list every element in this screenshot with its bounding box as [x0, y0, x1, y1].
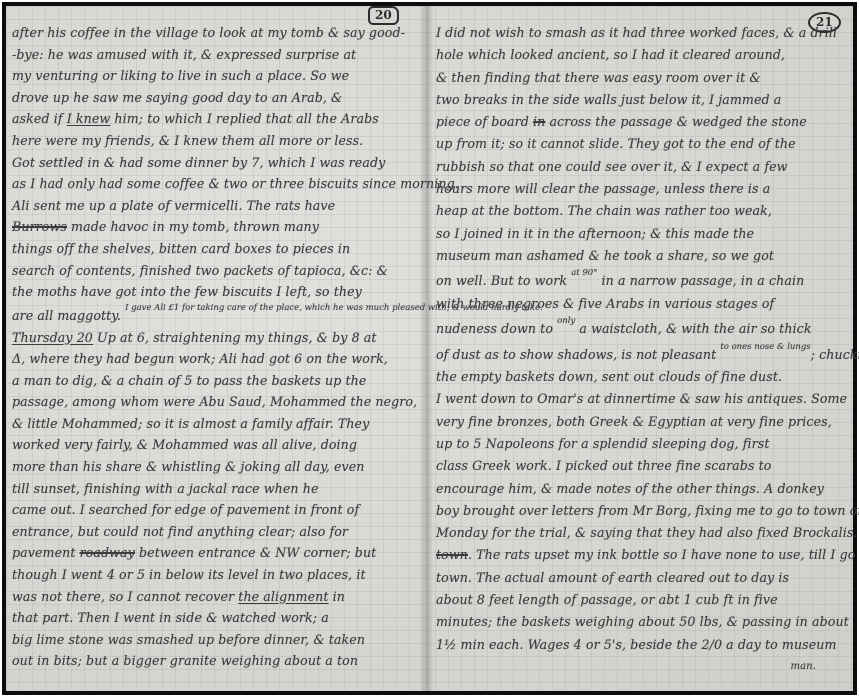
- manuscript-line: the moths have got into the few biscuits…: [12, 281, 420, 303]
- manuscript-line: so I joined in it in the afternoon; & th…: [436, 223, 844, 245]
- manuscript-line: my venturing or liking to live in such a…: [12, 65, 420, 87]
- manuscript-line: things off the shelves, bitten card boxe…: [12, 238, 420, 260]
- manuscript-line: out in bits; but a bigger granite weighi…: [12, 650, 420, 672]
- manuscript-line: boy brought over letters from Mr Borg, f…: [436, 500, 844, 522]
- manuscript-line: are all maggotty. I gave Ali £1 for taki…: [12, 303, 420, 327]
- manuscript-line: rubbish so that one could see over it, &…: [436, 156, 844, 178]
- manuscript-line: asked if I knew him; to which I replied …: [12, 108, 420, 130]
- manuscript-line: here were my friends, & I knew them all …: [12, 130, 420, 152]
- manuscript-line: minutes; the baskets weighing about 50 l…: [436, 611, 844, 633]
- manuscript-line: heap at the bottom. The chain was rather…: [436, 200, 844, 222]
- manuscript-line: Got settled in & had some dinner by 7, w…: [12, 152, 420, 174]
- manuscript-line: with three negroes & five Arabs in vario…: [436, 293, 844, 315]
- manuscript-line: passage, among whom were Abu Saud, Moham…: [12, 391, 420, 413]
- manuscript-line: entrance, but could not find anything cl…: [12, 521, 420, 543]
- manuscript-line: on well. But to work at 90° in a narrow …: [436, 267, 844, 292]
- manuscript-line: Burrows made havoc in my tomb, thrown ma…: [12, 216, 420, 238]
- manuscript-line: more than his share & whistling & joking…: [12, 456, 420, 478]
- manuscript-line: class Greek work. I picked out three fin…: [436, 455, 844, 477]
- manuscript-line: I did not wish to smash as it had three …: [436, 22, 844, 44]
- manuscript-line: I went down to Omar's at dinnertime & sa…: [436, 388, 844, 410]
- manuscript-line: came out. I searched for edge of pavemen…: [12, 499, 420, 521]
- manuscript-line: & then finding that there was easy room …: [436, 67, 844, 89]
- manuscript-text-left: after his coffee in the village to look …: [12, 22, 420, 672]
- manuscript-line: drove up he saw me saying good day to an…: [12, 87, 420, 109]
- manuscript-line: though I went 4 or 5 in below its level …: [12, 564, 420, 586]
- manuscript-line: Δ, where they had begun work; Ali had go…: [12, 348, 420, 370]
- manuscript-line: worked very fairly, & Mohammed was all a…: [12, 434, 420, 456]
- manuscript-line: very fine bronzes, both Greek & Egyptian…: [436, 411, 844, 433]
- manuscript-line: piece of board in across the passage & w…: [436, 111, 844, 133]
- manuscript-line: Thursday 20 Up at 6, straightening my th…: [12, 327, 420, 349]
- diary-page-21: 21 I did not wish to smash as it had thr…: [436, 6, 844, 691]
- manuscript-line: the empty baskets down, sent out clouds …: [436, 366, 844, 388]
- manuscript-line: nudeness down to only a waistcloth, & wi…: [436, 315, 844, 340]
- manuscript-line: about 8 feet length of passage, or abt 1…: [436, 589, 844, 611]
- manuscript-line: museum man ashamed & he took a share, so…: [436, 245, 844, 267]
- manuscript-line: two breaks in the side walls just below …: [436, 89, 844, 111]
- manuscript-line: town. The actual amount of earth cleared…: [436, 567, 844, 589]
- scan-border-frame: 20 after his coffee in the village to lo…: [2, 2, 857, 695]
- manuscript-line: town. The rats upset my ink bottle so I …: [436, 544, 844, 566]
- manuscript-line: of dust as to show shadows, is not pleas…: [436, 341, 844, 366]
- manuscript-line: search of contents, finished two packets…: [12, 260, 420, 282]
- manuscript-line: that part. Then I went in side & watched…: [12, 607, 420, 629]
- diary-scan: 20 after his coffee in the village to lo…: [0, 0, 859, 697]
- diary-page-20: 20 after his coffee in the village to lo…: [12, 6, 420, 691]
- manuscript-line: as I had only had some coffee & two or t…: [12, 173, 420, 195]
- manuscript-line: pavement roadway between entrance & NW c…: [12, 542, 420, 564]
- manuscript-line: was not there, so I cannot recover the a…: [12, 586, 420, 608]
- manuscript-line: 1½ min each. Wages 4 or 5's, beside the …: [436, 634, 844, 656]
- manuscript-line: & little Mohammed; so it is almost a fam…: [12, 413, 420, 435]
- manuscript-line: till sunset, finishing with a jackal rac…: [12, 478, 420, 500]
- manuscript-line: a man to dig, & a chain of 5 to pass the…: [12, 370, 420, 392]
- manuscript-text-right: I did not wish to smash as it had three …: [436, 22, 844, 678]
- manuscript-line: Ali sent me up a plate of vermicelli. Th…: [12, 195, 420, 217]
- manuscript-line: up to 5 Napoleons for a splendid sleepin…: [436, 433, 844, 455]
- manuscript-line: hole which looked ancient, so I had it c…: [436, 44, 844, 66]
- manuscript-line: Monday for the trial, & saying that they…: [436, 522, 844, 544]
- manuscript-line: man.: [436, 656, 844, 678]
- manuscript-line: -bye: he was amused with it, & expressed…: [12, 44, 420, 66]
- manuscript-line: big lime stone was smashed up before din…: [12, 629, 420, 651]
- manuscript-line: hours more will clear the passage, unles…: [436, 178, 844, 200]
- manuscript-line: encourage him, & made notes of the other…: [436, 478, 844, 500]
- manuscript-line: after his coffee in the village to look …: [12, 22, 420, 44]
- manuscript-line: up from it; so it cannot slide. They got…: [436, 133, 844, 155]
